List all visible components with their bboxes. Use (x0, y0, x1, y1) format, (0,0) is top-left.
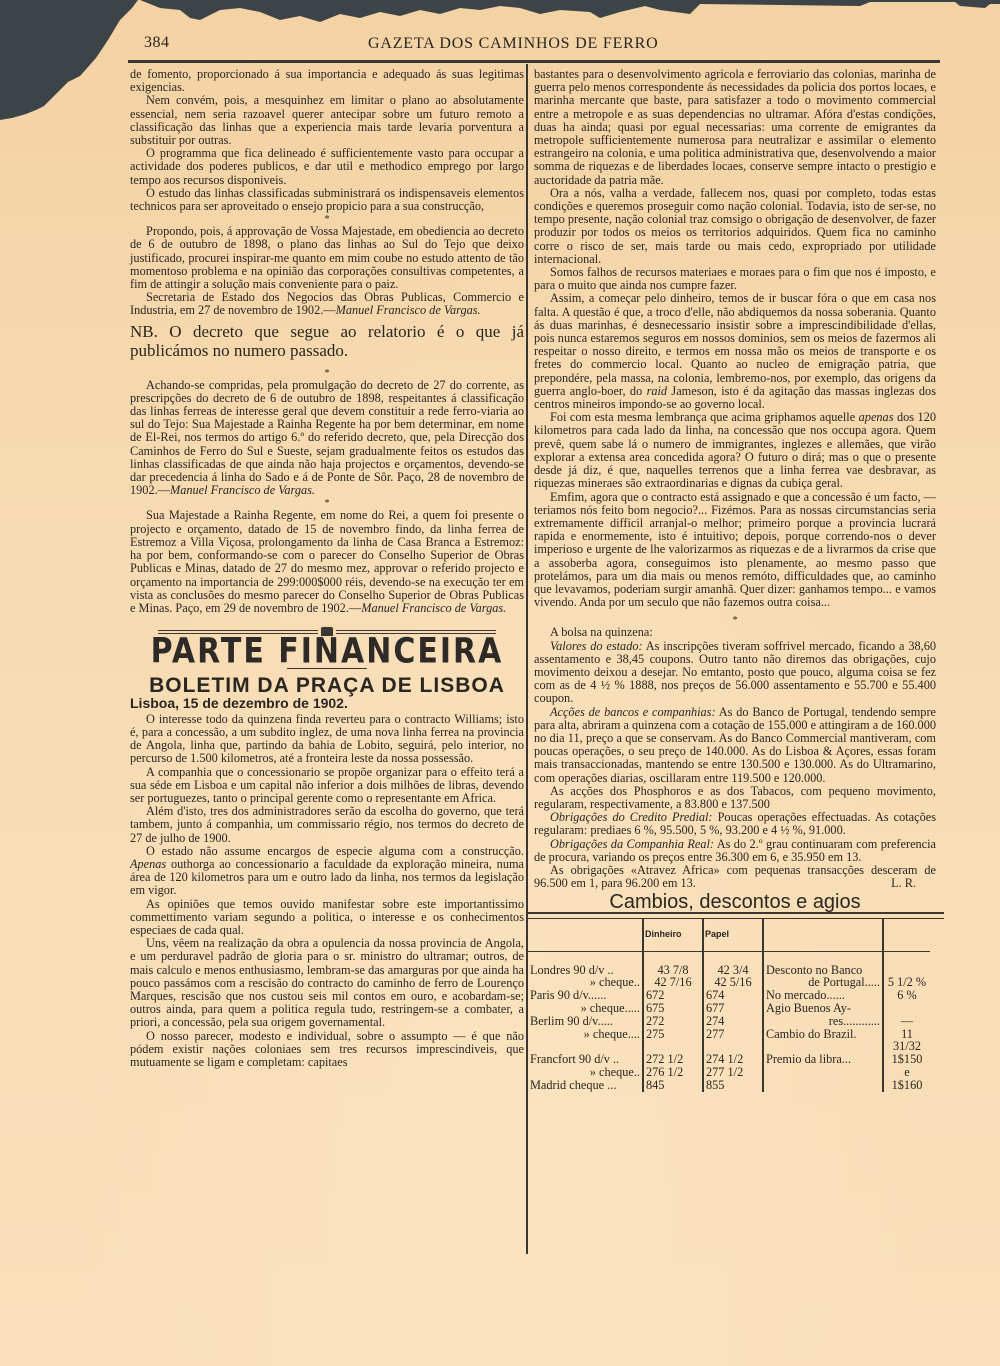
paragraph: Secretaria de Estado dos Negocios das Ob… (130, 291, 524, 317)
paragraph: bastantes para o desenvolvimento agricol… (534, 68, 936, 187)
paragraph: As obrigações «Atravez Africa» com peque… (534, 864, 936, 890)
column-header: Papel (703, 919, 763, 952)
paragraph: de fomento, proporcionado á sua importan… (130, 68, 524, 94)
paragraph: O estudo das linhas classificadas submin… (130, 187, 524, 213)
paragraph: Propondo, pois, á approvação de Vossa Ma… (130, 225, 524, 291)
paragraph: Obrigações da Companhia Real: As do 2.º … (534, 838, 936, 864)
paragraph: O programma que fica delineado é suffici… (130, 147, 524, 187)
table-row: » cheque....275277Cambio do Brazil.11 31… (528, 1028, 930, 1054)
table-row: » cheque.....675677Agio Buenos Ay- (528, 1002, 930, 1015)
signature: Manuel Francisco de Vargas. (336, 303, 481, 317)
page-header: 384 GAZETA DOS CAMINHOS DE FERRO (128, 34, 940, 56)
paragraph: Achando-se compridas, pela promulgação d… (130, 379, 524, 498)
exchange-table: Dinheiro Papel Londres 90 d/v ..43 7/842… (528, 919, 930, 1092)
bulletin-title: BOLETIM DA PRAÇA DE LISBOA (130, 679, 524, 692)
exchange-table-title: Cambios, descontos e agios (534, 896, 936, 909)
paragraph: A companhia que o concessionario se prop… (130, 766, 524, 806)
paragraph: O nosso parecer, modesto e individual, s… (130, 1030, 524, 1070)
nota-bene: NB. O decreto que segue ao relatorio é o… (130, 322, 524, 360)
paragraph: Foi com esta mesma lembrança que acima g… (534, 411, 936, 490)
running-title: GAZETA DOS CAMINHOS DE FERRO (368, 35, 658, 53)
paragraph: Obrigações do Credito Predial: Poucas op… (534, 811, 936, 837)
paragraph: Emfim, agora que o contracto está assign… (534, 491, 936, 610)
signature: Manuel Francisco de Vargas. (170, 483, 315, 497)
table-row: Madrid cheque ...8458551$160 (528, 1079, 930, 1092)
dateline: Lisboa, 15 de dezembro de 1902. (130, 697, 524, 710)
paragraph: Ora a nós, valha a verdade, fallecem nos… (534, 187, 936, 266)
signature: Manuel Francisco de Vargas. (361, 601, 506, 615)
paragraph: O estado não assume encargos de especie … (130, 845, 524, 898)
left-column: de fomento, proporcionado á sua importan… (130, 68, 524, 1069)
column-header: Dinheiro (643, 919, 703, 952)
paragraph: Além d'isto, tres dos administradores se… (130, 805, 524, 845)
section-title: PARTE FINANCEIRA (130, 644, 524, 659)
paragraph: O interesse todo da quinzena finda rever… (130, 713, 524, 766)
paragraph: Uns, vêem na realização da obra a opulen… (130, 937, 524, 1029)
paragraph: Sua Majestade a Rainha Regente, em nome … (130, 509, 524, 615)
paragraph: Assim, a começar pelo dinheiro, temos de… (534, 292, 936, 411)
header-rule (128, 60, 940, 63)
paragraph: As opiniões que temos ouvido manifestar … (130, 898, 524, 938)
paragraph: Nem convém, pois, a mesquinhez em limita… (130, 94, 524, 147)
table-row: » cheque..276 1/2277 1/2e (528, 1066, 930, 1079)
right-column: bastantes para o desenvolvimento agricol… (534, 68, 936, 1092)
author-initials: L. R. (875, 877, 916, 890)
paragraph: Valores do estado: As inscripções tivera… (534, 640, 936, 706)
paragraph: As acções dos Phosphoros e as dos Tabaco… (534, 785, 936, 811)
table-row: Berlim 90 d/v.....272274res............— (528, 1015, 930, 1028)
paragraph: Acções de bancos e companhias: As do Ban… (534, 706, 936, 785)
page-number: 384 (144, 34, 170, 52)
paragraph: Somos falhos de recursos materiaes e mor… (534, 266, 936, 292)
